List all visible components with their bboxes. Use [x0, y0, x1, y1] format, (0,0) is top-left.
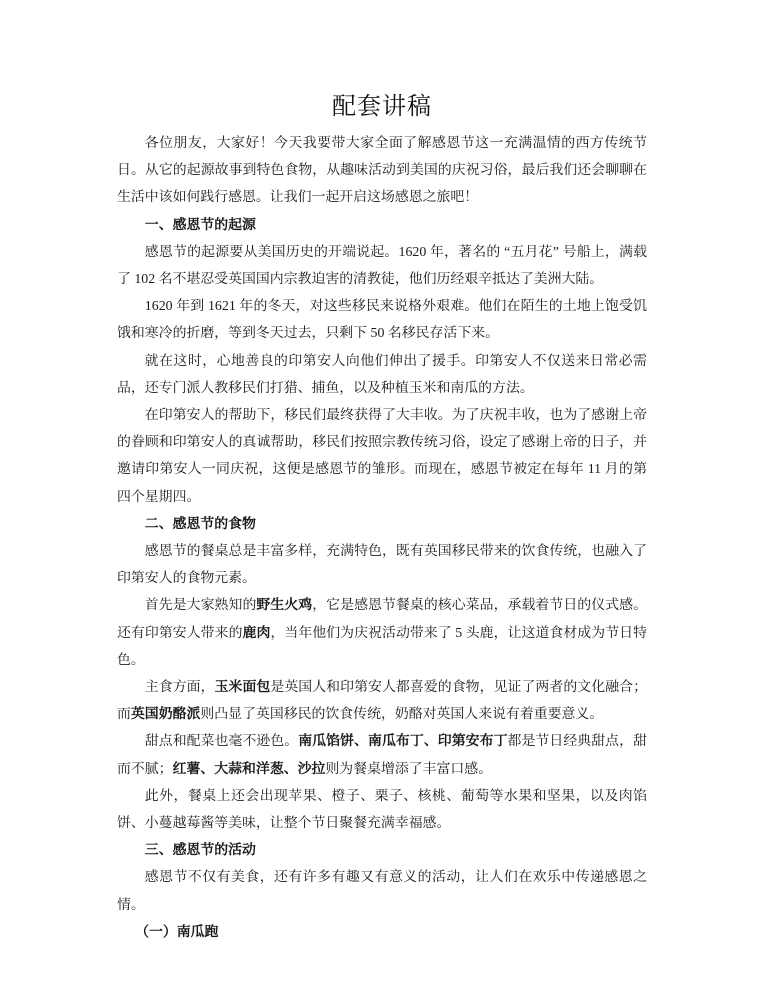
bold-term-sides: 红薯、大蒜和洋葱、沙拉	[173, 761, 326, 777]
bold-term-venison: 鹿肉	[243, 625, 271, 641]
bold-term-cheese-pie: 英国奶酪派	[131, 706, 200, 722]
text-run: 主食方面，	[145, 680, 215, 695]
food-paragraph-5: 此外，餐桌上还会出现苹果、橙子、栗子、核桃、葡萄等水果和坚果，以及肉馅饼、小蔓越…	[117, 783, 647, 837]
section-heading-activities: 三、感恩节的活动	[117, 837, 647, 864]
origin-paragraph-1: 感恩节的起源要从美国历史的开端说起。1620 年，著名的 “五月花” 号船上，满…	[117, 239, 647, 293]
section-heading-origin: 一、感恩节的起源	[117, 212, 647, 239]
text-run: 首先是大家熟知的	[145, 598, 257, 613]
food-paragraph-1: 感恩节的餐桌总是丰富多样，充满特色，既有英国移民带来的饮食传统，也融入了印第安人…	[117, 538, 647, 592]
text-run: 则凸显了英国移民的饮食传统，奶酪对英国人来说有着重要意义。	[200, 707, 603, 722]
document-title: 配套讲稿	[117, 88, 647, 124]
section-heading-food: 二、感恩节的食物	[117, 511, 647, 538]
bold-term-turkey: 野生火鸡	[256, 597, 312, 613]
document-page: 配套讲稿 各位朋友，大家好！今天我要带大家全面了解感恩节这一充满温情的西方传统节…	[117, 88, 647, 946]
food-paragraph-4: 甜点和配菜也毫不逊色。南瓜馅饼、南瓜布丁、印第安布丁都是节日经典甜点，甜而不腻；…	[117, 728, 647, 782]
origin-paragraph-3: 就在这时，心地善良的印第安人向他们伸出了援手。印第安人不仅送来日常必需品，还专门…	[117, 348, 647, 402]
text-run: 甜点和配菜也毫不逊色。	[145, 734, 298, 749]
bold-term-desserts: 南瓜馅饼、南瓜布丁、印第安布丁	[298, 733, 507, 749]
bold-term-cornbread: 玉米面包	[215, 679, 271, 695]
subheading-pumpkin-run: （一）南瓜跑	[117, 919, 647, 946]
text-run: 则为餐桌增添了丰富口感。	[325, 762, 492, 777]
food-paragraph-2: 首先是大家熟知的野生火鸡，它是感恩节餐桌的核心菜品，承载着节日的仪式感。还有印第…	[117, 592, 647, 674]
origin-paragraph-2: 1620 年到 1621 年的冬天，对这些移民来说格外艰难。他们在陌生的土地上饱…	[117, 293, 647, 347]
activities-paragraph-1: 感恩节不仅有美食，还有许多有趣又有意义的活动，让人们在欢乐中传递感恩之情。	[117, 864, 647, 918]
food-paragraph-3: 主食方面，玉米面包是英国人和印第安人都喜爱的食物，见证了两者的文化融合；而英国奶…	[117, 674, 647, 728]
intro-paragraph: 各位朋友，大家好！今天我要带大家全面了解感恩节这一充满温情的西方传统节日。从它的…	[117, 130, 647, 212]
origin-paragraph-4: 在印第安人的帮助下，移民们最终获得了大丰收。为了庆祝丰收，也为了感谢上帝的眷顾和…	[117, 402, 647, 511]
